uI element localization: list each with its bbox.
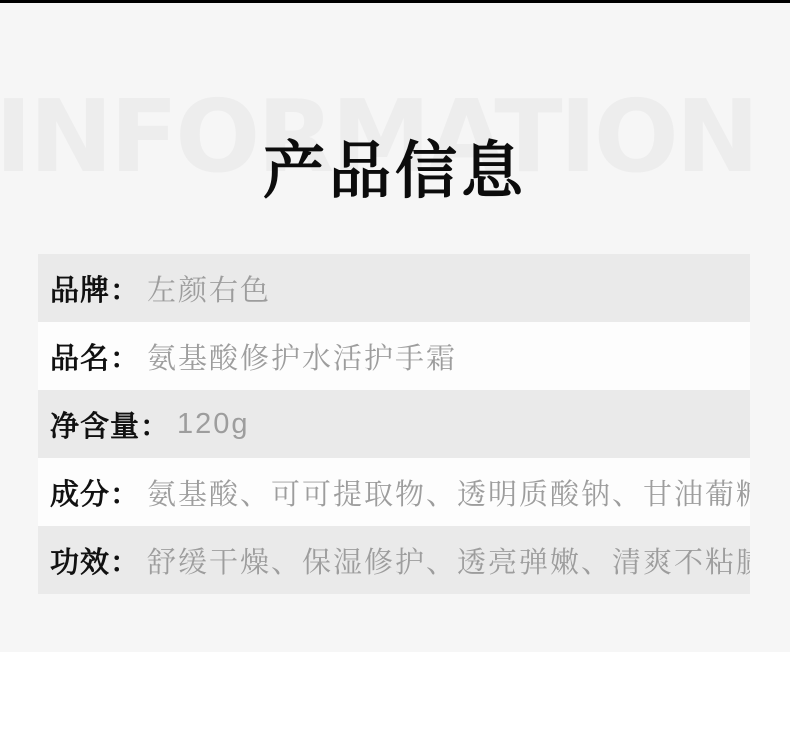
- row-value: 120g: [177, 408, 250, 441]
- row-value: 氨基酸修护水活护手霜: [147, 336, 457, 377]
- table-row-brand: 品牌 ： 左颜右色: [38, 254, 750, 322]
- product-info-page: INFORMATION 产品信息 品牌 ： 左颜右色 品名 ： 氨基酸修护水活护…: [0, 0, 790, 733]
- table-row-net-weight: 净含量 ： 120g: [38, 390, 750, 458]
- bottom-spacer: [0, 652, 790, 733]
- table-row-product-name: 品名 ： 氨基酸修护水活护手霜: [38, 322, 750, 390]
- row-colon: ：: [140, 404, 169, 445]
- table-row-ingredients: 成分 ： 氨基酸、可可提取物、透明质酸钠、甘油葡糖苷: [38, 458, 750, 526]
- row-colon: ：: [110, 540, 139, 581]
- row-label: 净含量: [50, 404, 140, 445]
- page-title: 产品信息: [0, 136, 790, 207]
- row-colon: ：: [110, 268, 139, 309]
- table-row-effects: 功效 ： 舒缓干燥、保湿修护、透亮弹嫩、清爽不粘腻: [38, 526, 750, 594]
- row-value: 氨基酸、可可提取物、透明质酸钠、甘油葡糖苷: [147, 472, 750, 513]
- row-label: 品牌: [50, 268, 110, 309]
- product-info-table: 品牌 ： 左颜右色 品名 ： 氨基酸修护水活护手霜 净含量 ： 120g 成分 …: [38, 254, 750, 594]
- row-colon: ：: [110, 336, 139, 377]
- row-label: 成分: [50, 472, 110, 513]
- row-value: 舒缓干燥、保湿修护、透亮弹嫩、清爽不粘腻: [147, 540, 750, 581]
- row-label: 功效: [50, 540, 110, 581]
- row-colon: ：: [110, 472, 139, 513]
- row-value: 左颜右色: [147, 268, 271, 309]
- row-label: 品名: [50, 336, 110, 377]
- product-info-section: INFORMATION 产品信息 品牌 ： 左颜右色 品名 ： 氨基酸修护水活护…: [0, 3, 790, 652]
